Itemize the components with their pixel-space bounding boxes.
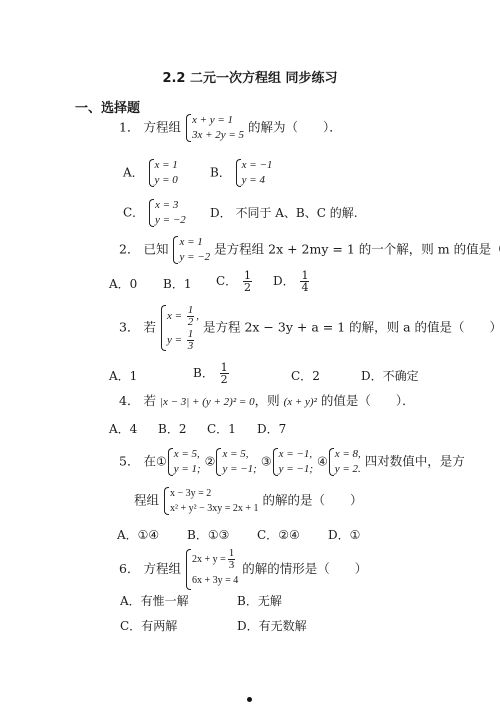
text-span: 是方程组 2x + 2my = 1 的一个解，则 m 的值是（ ）． (214, 242, 500, 257)
option-a[interactable]: A．4 (109, 420, 137, 437)
question-number: 1． (119, 120, 139, 135)
question-1: 1． 方程组 x + y = 1 3x + 2y = 5 的解为（ ）． (119, 113, 342, 143)
text-span: 的值是（ ）． (321, 393, 415, 408)
text-span: D． (273, 274, 295, 288)
option-c[interactable]: C．1 (207, 420, 236, 437)
text-span: A． (109, 277, 130, 291)
text-span: D． (361, 369, 383, 383)
question-3: 3． 若 x = 12, y = 13 是方程 2x − 3y + a = 1 … (119, 304, 500, 352)
value-pair-2: x = 5,y = −1; (215, 447, 256, 477)
text-span: ① (350, 528, 361, 542)
option-b[interactable]: B． 12 (193, 362, 231, 385)
equation-row: y = 13 (167, 328, 199, 352)
option-d[interactable]: D．7 (257, 420, 286, 437)
text-span: 的解的情形是（ ） (242, 561, 367, 576)
page-title: 2.2 二元一次方程组 同步练习 (0, 67, 500, 86)
question-5-line2: 程组 x − 3y = 2x² + y² − 3xy = 2x + 1 的解的是… (134, 486, 363, 516)
equation-row: x = −1, (279, 447, 313, 462)
text-span: 0 (130, 277, 138, 291)
text-span: C． (123, 206, 144, 220)
equation-row: y = −2 (155, 213, 186, 228)
option-b[interactable]: B．2 (158, 420, 186, 437)
text-span: C． (291, 369, 312, 383)
text-span: 2x + y = (192, 554, 226, 565)
text-span: 不同于 A、B、C 的解. (235, 206, 357, 220)
equation-row: 6x + 3y = 4 (192, 571, 238, 591)
text-span: ④ (317, 455, 328, 469)
text-span: D． (328, 528, 350, 542)
value-pair-1: x = 5,y = 1; (167, 447, 201, 477)
text-span: 13 (228, 548, 236, 571)
option-a[interactable]: A．有惟一解 (120, 592, 189, 609)
equation-row: y = 0 (155, 173, 178, 188)
text-span: ③ (261, 455, 272, 469)
text-span: 7 (279, 422, 287, 436)
equation-row: x − 3y = 2 (170, 486, 259, 501)
equation-row: x = 12, (167, 304, 199, 328)
page-marker-dot (247, 697, 252, 702)
option-a[interactable]: A．①④ (117, 526, 159, 543)
fraction: 14 (300, 270, 309, 293)
text-span: ②④ (278, 528, 300, 542)
equation-row: x + y = 1 (192, 113, 244, 128)
text-span: A． (117, 528, 138, 542)
text-span: B． (193, 366, 214, 380)
text-span: 13 (187, 329, 195, 352)
text-span: A． (123, 166, 144, 180)
text-span: 2 (221, 374, 228, 385)
text-span: x = (167, 310, 182, 322)
option-c[interactable]: C． 12 (216, 270, 254, 293)
text-span: B． (163, 277, 184, 291)
value-pair-3: x = −1,y = −1; (272, 447, 313, 477)
text-span: 3 (188, 341, 194, 352)
text-span: 4 (301, 282, 308, 293)
text-span: C． (216, 274, 237, 288)
question-number: 5． (119, 454, 139, 469)
text-span: 无解 (258, 594, 282, 608)
text-span: 12 (187, 305, 195, 328)
equation-row: y = −2 (179, 250, 210, 265)
text-span: 1 (130, 369, 138, 383)
equation-row: y = 2. (335, 462, 361, 477)
question-6: 6． 方程组 2x + y =13 6x + 3y = 4 的解的情形是（ ） (119, 548, 367, 591)
text-span: 1 (228, 422, 236, 436)
option-d[interactable]: D．有无数解 (237, 617, 307, 634)
option-c[interactable]: C． x = 3 y = −2 (123, 198, 186, 228)
question-text: 的解为（ ）． (248, 120, 342, 135)
equation-row: x = −1 (242, 158, 273, 173)
text-span: B． (210, 166, 231, 180)
text-span: , (196, 310, 199, 322)
option-d[interactable]: D．① (328, 526, 360, 543)
text-span: ② (205, 455, 216, 469)
option-system: x = 3 y = −2 (148, 198, 186, 228)
text-span: y = (167, 334, 182, 346)
equation-system: x = 1 y = −2 (172, 235, 210, 265)
fraction: 12 (243, 270, 252, 293)
text-span: 四对数值中，是方 (365, 454, 465, 469)
option-system: x = 1 y = 0 (148, 158, 178, 188)
option-system: x = −1 y = 4 (235, 158, 273, 188)
text-span: 2 (179, 422, 187, 436)
text-span: 方程组 (143, 561, 181, 576)
text-span: D． (210, 206, 232, 220)
math-expression: (x + y)² (284, 396, 317, 408)
text-span: 已知 (143, 242, 168, 257)
option-b[interactable]: B．1 (163, 275, 191, 292)
option-d[interactable]: D． 不同于 A、B、C 的解. (210, 204, 358, 221)
option-b[interactable]: B．无解 (237, 592, 282, 609)
text-span: 2 (244, 282, 251, 293)
text-span: B． (187, 528, 208, 542)
text-span: 4 (130, 422, 138, 436)
equation-row: y = −1; (279, 462, 313, 477)
equation-system: x + y = 1 3x + 2y = 5 (185, 113, 244, 143)
equation-row: y = 4 (242, 173, 273, 188)
text-span: 的解的是（ ） (263, 493, 363, 508)
question-number: 6． (119, 561, 139, 576)
question-text: 方程组 (143, 120, 181, 135)
question-number: 2． (119, 242, 139, 257)
text-span: C． (257, 528, 278, 542)
equation-row: x = 3 (155, 198, 186, 213)
text-span: 有两解 (141, 619, 177, 633)
text-span: C． (120, 619, 141, 633)
text-span: 若 (143, 320, 156, 335)
option-c[interactable]: C．2 (291, 367, 320, 384)
text-span: ①③ (208, 528, 230, 542)
equation-row: y = 1; (174, 462, 201, 477)
option-c[interactable]: C．②④ (257, 526, 300, 543)
text-span: 在 (143, 454, 156, 469)
option-d[interactable]: D． 14 (273, 270, 311, 293)
question-4: 4． 若 |x − 3| + (y + 2)² = 0，则 (x + y)² 的… (119, 391, 415, 409)
equation-row: y = −1; (222, 462, 256, 477)
text-span: 1 (184, 277, 192, 291)
option-a[interactable]: A．0 (109, 275, 137, 292)
value-pair-4: x = 8,y = 2. (328, 447, 361, 477)
equation-row: 3x + 2y = 5 (192, 128, 244, 143)
equation-system: x − 3y = 2x² + y² − 3xy = 2x + 1 (163, 486, 259, 516)
text-span: 有无数解 (259, 619, 307, 633)
text-span: 2 (188, 317, 194, 328)
option-a[interactable]: A． x = 1 y = 0 (123, 158, 178, 188)
question-number: 3． (119, 320, 139, 335)
equation-row: x = 5, (174, 447, 201, 462)
text-span: 程组 (134, 493, 159, 508)
text-span: B． (158, 422, 179, 436)
text-span: D． (257, 422, 279, 436)
equation-system: 2x + y =13 6x + 3y = 4 (185, 548, 238, 591)
text-span: ，则 (255, 393, 280, 408)
equation-row: x = 5, (222, 447, 256, 462)
text-span: A． (120, 594, 141, 608)
equation-row: x² + y² − 3xy = 2x + 1 (170, 501, 259, 516)
option-c[interactable]: C．有两解 (120, 617, 177, 634)
text-span: B． (237, 594, 258, 608)
equation-row: x = 8, (335, 447, 361, 462)
option-b[interactable]: B．①③ (187, 526, 229, 543)
question-number: 4． (119, 393, 139, 408)
math-expression: |x − 3| + (y + 2)² = 0 (160, 396, 255, 408)
equation-row: x = 1 (155, 158, 178, 173)
fraction: 12 (220, 362, 229, 385)
text-span: 有惟一解 (141, 594, 189, 608)
text-span: ①④ (138, 528, 160, 542)
text-span: 不确定 (383, 369, 419, 383)
text-span: 是方程 2x − 3y + a = 1 的解，则 a 的值是（ ） (203, 320, 500, 335)
question-5: 5． 在①x = 5,y = 1; ②x = 5,y = −1; ③x = −1… (119, 447, 465, 477)
question-2: 2． 已知 x = 1 y = −2 是方程组 2x + 2my = 1 的一个… (119, 235, 500, 265)
text-span: 3 (229, 560, 235, 571)
text-span: A． (109, 369, 130, 383)
text-span: A． (109, 422, 130, 436)
option-d[interactable]: D．不确定 (361, 367, 419, 384)
text-span: ① (156, 455, 167, 469)
equation-system: x = 12, y = 13 (160, 304, 199, 352)
option-b[interactable]: B． x = −1 y = 4 (210, 158, 272, 188)
option-a[interactable]: A．1 (109, 367, 137, 384)
equation-row: 2x + y =13 (192, 548, 238, 571)
text-span: C． (207, 422, 228, 436)
text-span: 2 (312, 369, 320, 383)
text-span: 若 (143, 393, 156, 408)
equation-row: x = 1 (179, 235, 210, 250)
text-span: D． (237, 619, 259, 633)
